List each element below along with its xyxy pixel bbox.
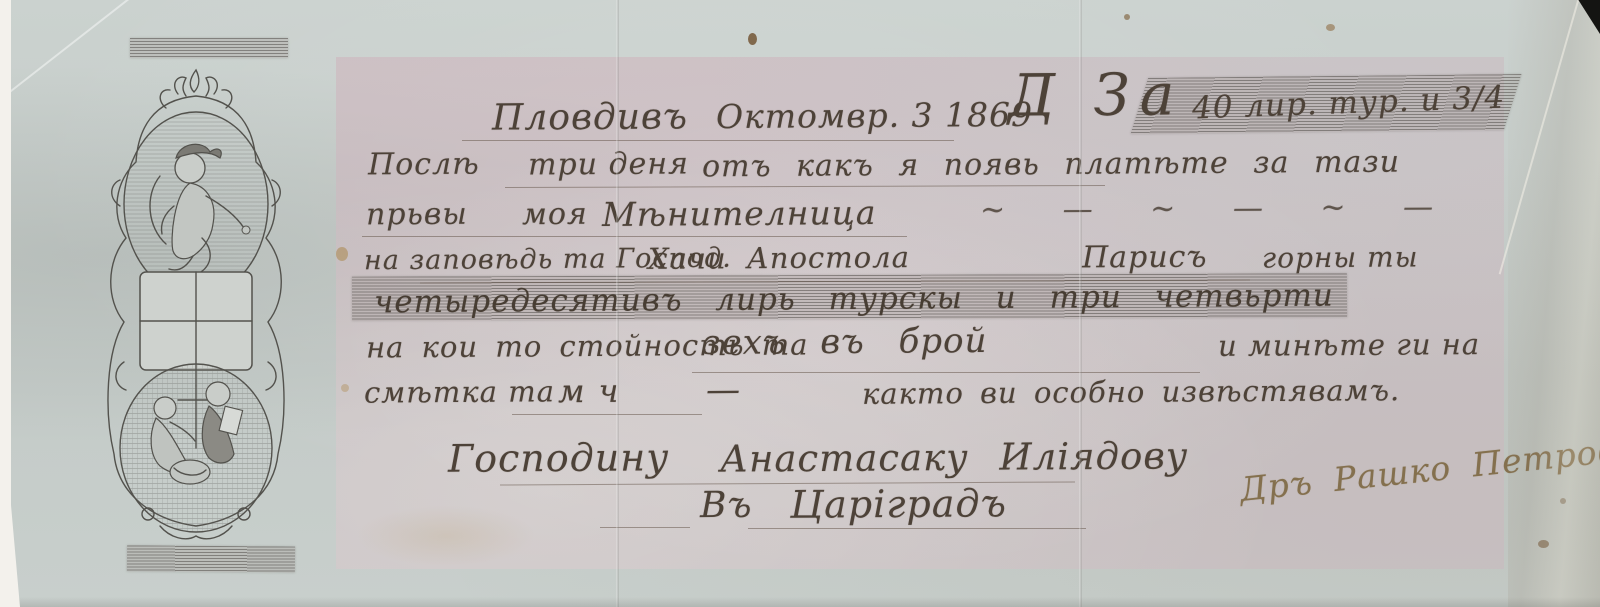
paper-fold-crease <box>616 0 619 607</box>
after-word: Послѣ <box>368 148 480 182</box>
amount-in-words: четыредесятивъ лирь турскы и три четвьрт… <box>374 279 1334 320</box>
engraved-vignette <box>90 56 302 548</box>
form-rule-line <box>600 527 690 528</box>
order-clause-tail: горны ты <box>1262 242 1419 274</box>
paper-fold-crease <box>1079 0 1082 607</box>
addressee-title: Господину <box>448 437 670 480</box>
stain <box>336 247 348 261</box>
stain <box>1560 498 1566 504</box>
pass-to-account-text: и минѣте ги на <box>1218 329 1480 363</box>
dateline-date: Октомвр. 3 1869 <box>716 97 1033 136</box>
water-stain <box>356 505 536 567</box>
accept-mark: Д За <box>1008 63 1185 128</box>
scroll-right-2 <box>266 362 276 390</box>
guilloche-band-top-left <box>130 38 288 58</box>
place-prefix: Въ <box>700 486 753 526</box>
form-rule-line <box>512 414 702 415</box>
guilloche-band-bottom-left <box>127 545 295 572</box>
payee-surname: Парисъ <box>1082 241 1208 275</box>
ink-blot <box>748 33 757 45</box>
pay-order-text: отъ какъ я появь платѣте за тази <box>702 146 1400 184</box>
stain <box>1538 540 1549 548</box>
form-rule-line <box>462 140 954 141</box>
account-word: смѣтка та <box>364 376 555 409</box>
account-dash: — <box>706 372 741 410</box>
stain <box>341 384 349 392</box>
fill-dashes: ~ — ~ — ~ — <box>980 190 1457 226</box>
scroll-left-2 <box>116 362 126 390</box>
my-word: моя <box>522 198 588 231</box>
advice-text: както ви особно извѣстявамъ. <box>862 375 1400 411</box>
form-rule-line <box>362 236 907 237</box>
account-initials: мч <box>558 374 633 410</box>
bottom-edge-shadow <box>0 597 1600 607</box>
term-days: три деня <box>528 147 689 181</box>
dateline-place: Пловдивъ <box>492 97 688 138</box>
place-city: Царiградъ <box>790 483 1007 526</box>
stain <box>1124 14 1130 20</box>
first-word: прьвы <box>366 198 468 232</box>
document-scan: Пловдивъ Октомвр. 3 1869 Д За 40 лир. ту… <box>0 0 1600 607</box>
stain <box>1326 24 1335 31</box>
addressee-name: Анастасаку Илiядову <box>720 436 1189 480</box>
form-rule-line <box>748 528 1086 529</box>
payee-name: Хачи Апостола <box>648 242 910 276</box>
value-received-text: зехъ въ брой <box>702 323 988 362</box>
form-rule-line <box>692 372 1200 373</box>
right-edge-fold <box>1508 0 1600 607</box>
bill-of-exchange-word: Мѣнителница <box>602 195 877 233</box>
